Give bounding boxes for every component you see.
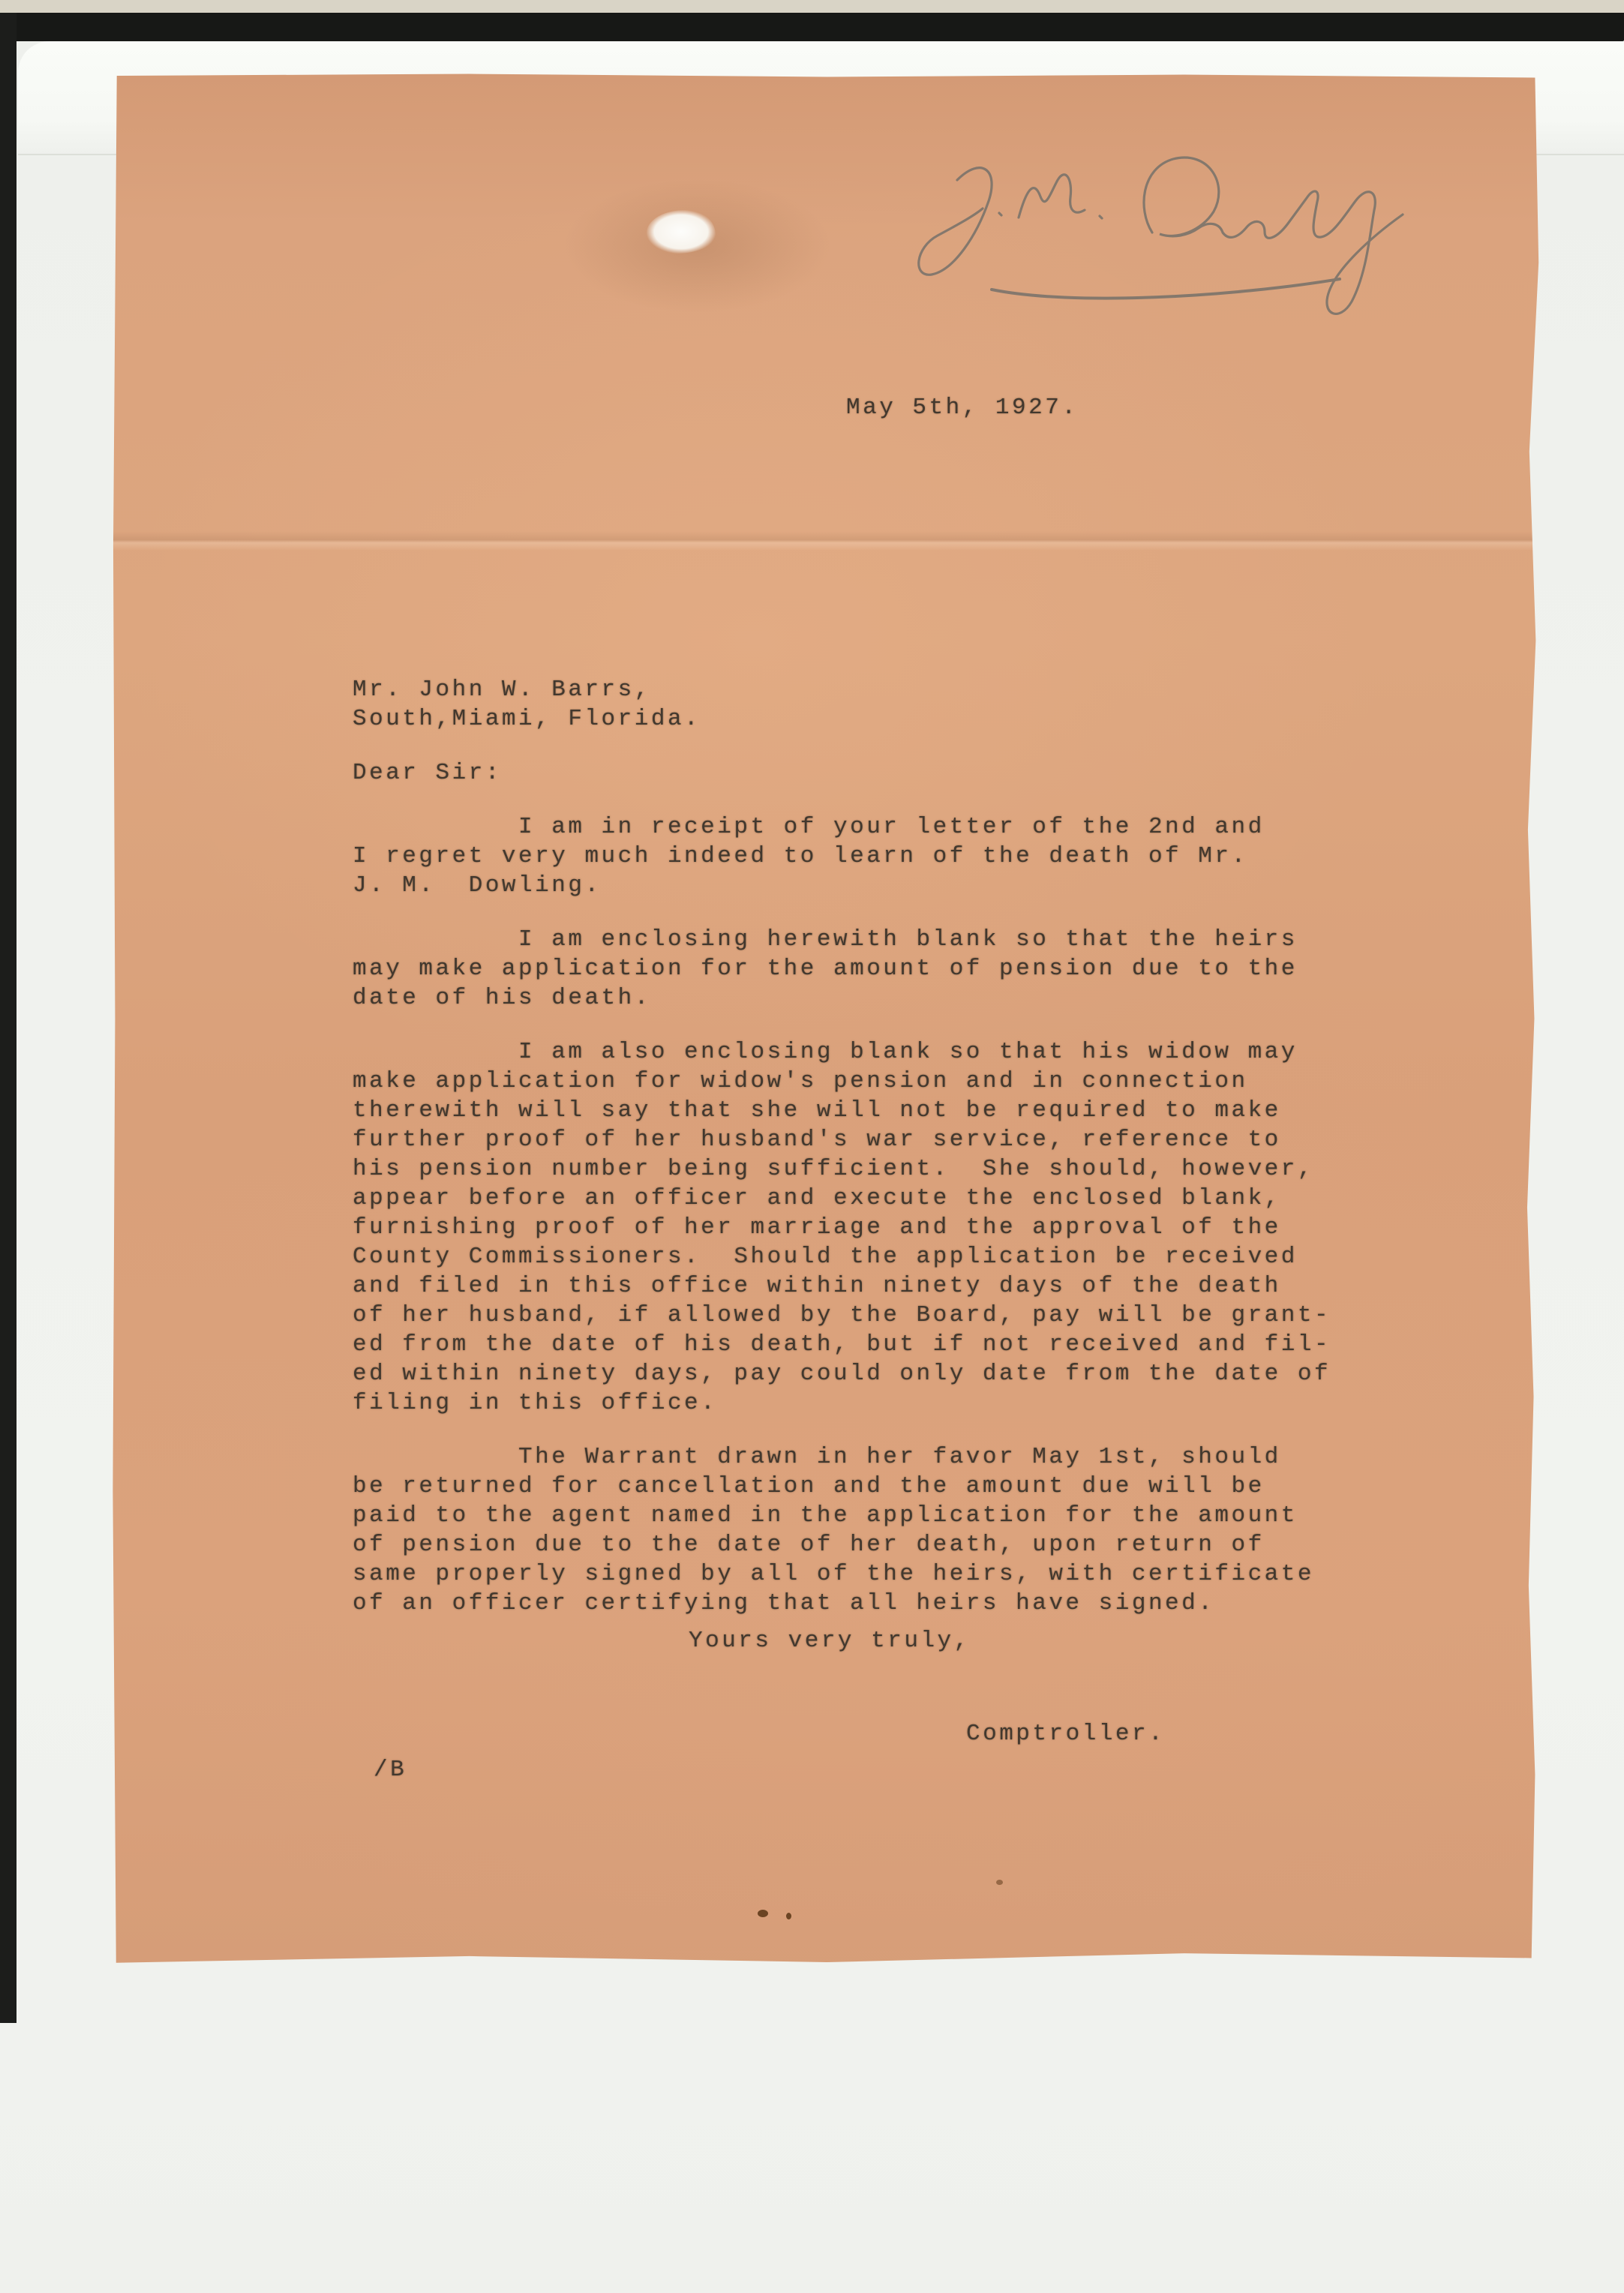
scan-top-margin bbox=[0, 0, 1624, 13]
ink-speck bbox=[758, 1910, 768, 1917]
salutation-line: Dear Sir: bbox=[353, 758, 1331, 788]
body-line: J. M. Dowling. bbox=[353, 871, 1331, 900]
fold-crease bbox=[113, 531, 1541, 551]
body-line: of pension due to the date of her death,… bbox=[353, 1530, 1331, 1559]
body-line: be returned for cancellation and the amo… bbox=[353, 1472, 1331, 1501]
body-line: The Warrant drawn in her favor May 1st, … bbox=[353, 1442, 1331, 1472]
body-line: therewith will say that she will not be … bbox=[353, 1096, 1331, 1125]
body-line: same properly signed by all of the heirs… bbox=[353, 1559, 1331, 1589]
body-line: furnishing proof of her marriage and the… bbox=[353, 1213, 1331, 1242]
body-line: I am in receipt of your letter of the 2n… bbox=[353, 812, 1331, 842]
body-line: and filed in this office within ninety d… bbox=[353, 1271, 1331, 1301]
address-line: Mr. John W. Barrs, bbox=[353, 675, 1331, 704]
body-line: of an officer certifying that all heirs … bbox=[353, 1589, 1331, 1618]
body-line: County Commissioners. Should the applica… bbox=[353, 1242, 1331, 1271]
closing-line: Yours very truly, bbox=[689, 1626, 971, 1656]
scanner-left-edge bbox=[0, 13, 17, 2023]
signature-dot bbox=[1100, 216, 1102, 218]
signature-dot bbox=[999, 213, 1001, 215]
body-line: paid to the agent named in the applicati… bbox=[353, 1501, 1331, 1530]
body-line: I am also enclosing blank so that his wi… bbox=[353, 1037, 1331, 1067]
body-line: filing in this office. bbox=[353, 1388, 1331, 1418]
ink-speck bbox=[786, 1913, 791, 1919]
blank-line bbox=[353, 788, 1331, 812]
blank-line bbox=[353, 1013, 1331, 1037]
body-line: I am enclosing herewith blank so that th… bbox=[353, 925, 1331, 954]
letter-body: Mr. John W. Barrs, South,Miami, Florida.… bbox=[353, 675, 1331, 1618]
date-line: May 5th, 1927. bbox=[846, 393, 1078, 423]
paper-hole bbox=[647, 210, 716, 254]
scanner-top-edge bbox=[8, 13, 1624, 41]
blank-line bbox=[353, 900, 1331, 925]
ink-speck bbox=[996, 1880, 1003, 1885]
body-line: his pension number being sufficient. She… bbox=[353, 1154, 1331, 1184]
address-line: South,Miami, Florida. bbox=[353, 704, 1331, 734]
signature-title: Comptroller. bbox=[966, 1719, 1165, 1749]
typist-initials: /B bbox=[374, 1755, 407, 1785]
body-line: appear before an officer and execute the… bbox=[353, 1184, 1331, 1213]
blank-line bbox=[353, 734, 1331, 758]
blank-line bbox=[353, 1418, 1331, 1442]
body-line: date of his death. bbox=[353, 983, 1331, 1013]
signature-stroke-m bbox=[1019, 175, 1085, 218]
body-line: make application for widow's pension and… bbox=[353, 1067, 1331, 1096]
signature-stroke-dowling bbox=[1144, 158, 1403, 314]
signature-underline bbox=[992, 279, 1340, 299]
scanned-letter-page: J. M. Dowling May 5th, 1927. Mr. John W.… bbox=[0, 0, 1624, 2293]
handwritten-signature: J. M. Dowling bbox=[885, 126, 1500, 344]
body-line: may make application for the amount of p… bbox=[353, 954, 1331, 983]
body-line: of her husband, if allowed by the Board,… bbox=[353, 1301, 1331, 1330]
body-line: ed within ninety days, pay could only da… bbox=[353, 1359, 1331, 1388]
body-line: further proof of her husband's war servi… bbox=[353, 1125, 1331, 1154]
signature-stroke-j bbox=[919, 168, 992, 275]
body-line: I regret very much indeed to learn of th… bbox=[353, 842, 1331, 871]
body-line: ed from the date of his death, but if no… bbox=[353, 1330, 1331, 1359]
